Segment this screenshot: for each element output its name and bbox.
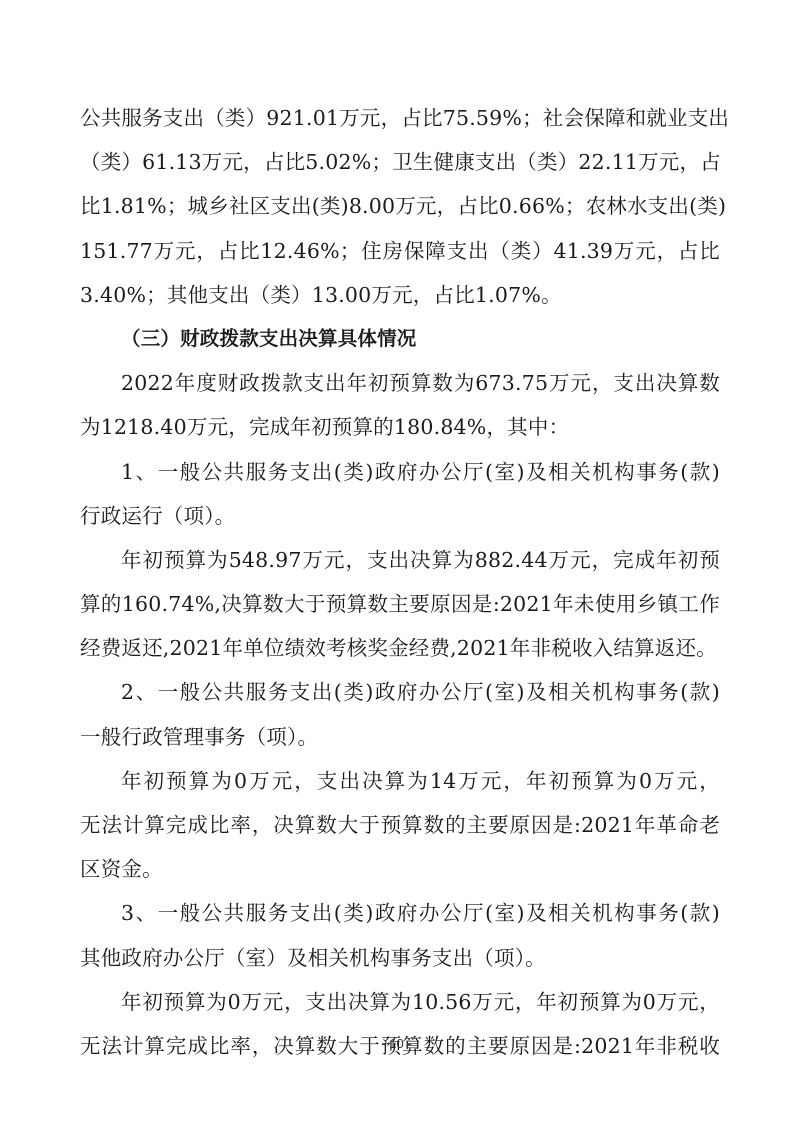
item-title-line: 一般行政管理事务（项）。 (80, 715, 720, 759)
item-body-line: 经费返还,2021年单位绩效考核奖金经费,2021年非税收入结算返还。 (80, 626, 720, 670)
item-title-line: 行政运行（项）。 (80, 494, 720, 538)
section-heading: （三）财政拨款支出决算具体情况 (80, 317, 720, 361)
item-body-line: 区资金。 (80, 847, 720, 891)
item-title-line: 3、一般公共服务支出(类)政府办公厅(室)及相关机构事务(款) (80, 891, 720, 935)
item-2: 2、一般公共服务支出(类)政府办公厅(室)及相关机构事务(款) 一般行政管理事务… (80, 670, 720, 891)
text-line: 3.40%；其他支出（类）13.00万元，占比1.07%。 (80, 273, 720, 317)
summary-paragraph: 2022年度财政拨款支出年初预算数为673.75万元，支出决算数 为1218.4… (80, 361, 720, 449)
text-line: 比1.81%；城乡社区支出(类)8.00万元，占比0.66%；农林水支出(类) (80, 184, 720, 228)
item-body-line: 无法计算完成比率，决算数大于预算数的主要原因是:2021年革命老 (80, 803, 720, 847)
document-page: 公共服务支出（类）921.01万元，占比75.59%；社会保障和就业支出 （类）… (80, 96, 720, 1068)
page-number: - 10 - (0, 1036, 793, 1051)
expenditure-breakdown-paragraph: 公共服务支出（类）921.01万元，占比75.59%；社会保障和就业支出 （类）… (80, 96, 720, 317)
item-title-line: 其他政府办公厅（室）及相关机构事务支出（项）。 (80, 936, 720, 980)
text-line: 151.77万元，占比12.46%；住房保障支出（类）41.39万元，占比 (80, 229, 720, 273)
item-body-line: 年初预算为0万元，支出决算为10.56万元，年初预算为0万元， (80, 980, 720, 1024)
text-line: 2022年度财政拨款支出年初预算数为673.75万元，支出决算数 (80, 361, 720, 405)
item-1: 1、一般公共服务支出(类)政府办公厅(室)及相关机构事务(款) 行政运行（项）。… (80, 450, 720, 671)
text-line: 公共服务支出（类）921.01万元，占比75.59%；社会保障和就业支出 (80, 96, 720, 140)
item-body-line: 年初预算为0万元，支出决算为14万元，年初预算为0万元， (80, 759, 720, 803)
text-line: 为1218.40万元，完成年初预算的180.84%，其中： (80, 405, 720, 449)
item-title-line: 1、一般公共服务支出(类)政府办公厅(室)及相关机构事务(款) (80, 450, 720, 494)
item-body-line: 算的160.74%,决算数大于预算数主要原因是:2021年未使用乡镇工作 (80, 582, 720, 626)
item-title-line: 2、一般公共服务支出(类)政府办公厅(室)及相关机构事务(款) (80, 670, 720, 714)
text-line: （类）61.13万元，占比5.02%；卫生健康支出（类）22.11万元，占 (80, 140, 720, 184)
item-body-line: 年初预算为548.97万元，支出决算为882.44万元，完成年初预 (80, 538, 720, 582)
